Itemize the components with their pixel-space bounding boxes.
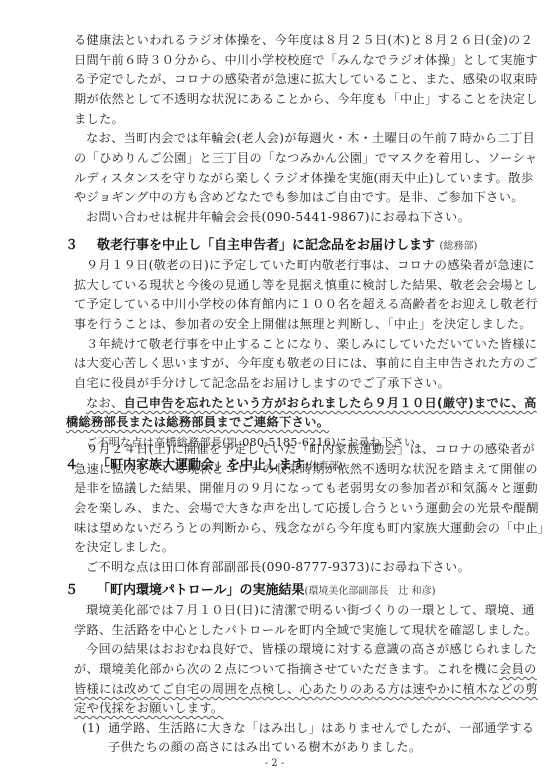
- body-line: 味は望めないだろうとの判断から、残念ながら今年度も町内家族大運動会の「中止」: [74, 519, 504, 539]
- body-line: て予定している中川小学校の体育館内に１００名を超える高齢者をお迎えし敬老行: [74, 295, 504, 315]
- body-line: が、環境美化部から次の２点について指摘させていただきます。これを機に会員の: [74, 660, 504, 680]
- section-dept: (総務部): [440, 241, 478, 252]
- body-line: 会を楽しみ、また、会場で大きな声を出して応援し合うという運動会の光景や醍醐: [74, 499, 504, 519]
- section-dept: (環境美化部副部長 辻 和彦): [304, 586, 435, 597]
- body-line: る予定でしたが、コロナの感染者が急速に拡大していること、また、感染の収束時: [74, 70, 504, 90]
- body-line: 日間午前６時３０分から、中川小学校校庭で「みんなでラジオ体操」として実施す: [74, 51, 504, 71]
- list-item-continuation: 子供たちの顔の高さにはみ出ている樹木がありました。: [108, 738, 538, 758]
- notice-line: 橋総務部長または総務部員までご連絡下さい。: [66, 413, 496, 433]
- document-page: る健康法といわれるラジオ体操を、今年度は８月２５日(木)と８月２６日(金)の２ …: [0, 0, 549, 776]
- body-line: 環境美化部では７月１０日(日)に清潔で明るい街づくりの一環として、環境、通: [86, 601, 516, 621]
- body-line: る健康法といわれるラジオ体操を、今年度は８月２５日(木)と８月２６日(金)の２: [74, 31, 504, 51]
- body-text: が、環境美化部から次の２点について指摘させていただきます。これを機に: [74, 662, 499, 676]
- body-line: やジョギング中の方も含めどなたでも参加はご自由です。是非、ご参加下さい。: [74, 188, 504, 208]
- body-line: を決定しました。: [74, 538, 504, 558]
- request-line: 定や伐採をお願いします。: [74, 699, 504, 719]
- section-title: 「町内環境パトロール」の実施結果: [97, 583, 304, 598]
- body-line: ９月１９日(敬老の日)に予定していた町内敬老行事は、コロナの感染者が急速に: [86, 256, 516, 276]
- section-heading-5: ５「町内環境パトロール」の実施結果(環境美化部副部長 辻 和彦): [65, 581, 435, 602]
- body-line: ルディスタンスを守りながら楽しくラジオ体操を実施(雨天中止)しています。散歩: [74, 169, 504, 189]
- body-line: ９月２４日(土)に開催を予定していた「町内家族運動会」は、コロナの感染者が: [86, 440, 516, 460]
- request-text: 会員の: [499, 662, 537, 676]
- notice-prefix: なお、: [86, 396, 124, 410]
- body-line: なお、当町内会では年輪会(老人会)が毎週火・木・土曜日の午前７時から二丁目: [86, 129, 516, 149]
- section-number: ３: [65, 236, 97, 256]
- body-line: 事を行うことは、参加者の安全上開催は無理と判断し、「中止」を決定しました。: [74, 315, 504, 335]
- section-title: 敬老行事を中止し「自主申告者」に記念品をお届けします: [97, 238, 435, 253]
- notice-emphasis: 自己申告を忘れたという方がおられましたら９月１０日(厳守)までに、高: [124, 396, 537, 410]
- contact-line: ご不明な点は田口体育部副部長(090-8777-9373)にお尋ね下さい。: [86, 558, 516, 578]
- body-line: 期が依然として不透明な状況にあることから、今年度も「中止」することを決定し: [74, 90, 504, 110]
- page-number: - 2 -: [0, 758, 549, 769]
- notice-line: なお、自己申告を忘れたという方がおられましたら９月１０日(厳守)までに、高: [86, 394, 516, 414]
- body-line: の「ひめりんご公園」と三丁目の「なつみかん公園」でマスクを着用し、ソーシャ: [74, 149, 504, 169]
- body-line: 自宅に役員が手分けして記念品をお届けしますのでご了承下さい。: [74, 374, 504, 394]
- section-heading-3: ３敬老行事を中止し「自主申告者」に記念品をお届けします (総務部): [65, 236, 477, 257]
- section-number: ５: [65, 581, 97, 601]
- body-line: 拡大している現状と今後の見通し等を見据え慎重に検討した結果、敬老会会場とし: [74, 276, 504, 296]
- request-line: 皆様には改めてご自宅の周囲を点検し、心あたりのある方は速やかに植木などの剪: [74, 680, 504, 700]
- body-line: は大変心苦しく思いますが、今年度も敬老の日には、事前に自主申告された方のご: [74, 354, 504, 374]
- list-item: (1)通学路、生活路に大きな「はみ出し」はありませんでしたが、一部通学する: [82, 719, 512, 739]
- body-line: 学路、生活路を中心としたパトロールを町内全域で実施して現状を確認しました。: [74, 621, 504, 641]
- body-line: 是非を協議した結果、開催月の９月になっても老弱男女の参加者が和気藹々と運動: [74, 479, 504, 499]
- body-line: 急速に拡大している現状とコロナの収束時期が依然不透明な状況を踏まえて開催の: [74, 460, 504, 480]
- body-line: 今回の結果はおおむね良好で、皆様の環境に対する意識の高さが感じられました: [86, 640, 516, 660]
- contact-line: お問い合わせは梶井年輪会会長(090-5441-9867)にお尋ね下さい。: [86, 208, 516, 228]
- body-line: ました。: [74, 110, 504, 130]
- list-marker: (1): [82, 719, 108, 739]
- list-text: 通学路、生活路に大きな「はみ出し」はありませんでしたが、一部通学する: [108, 721, 534, 735]
- body-line: ３年続けて敬老行事を中止することになり、楽しみにしていただいていた皆様に: [86, 335, 516, 355]
